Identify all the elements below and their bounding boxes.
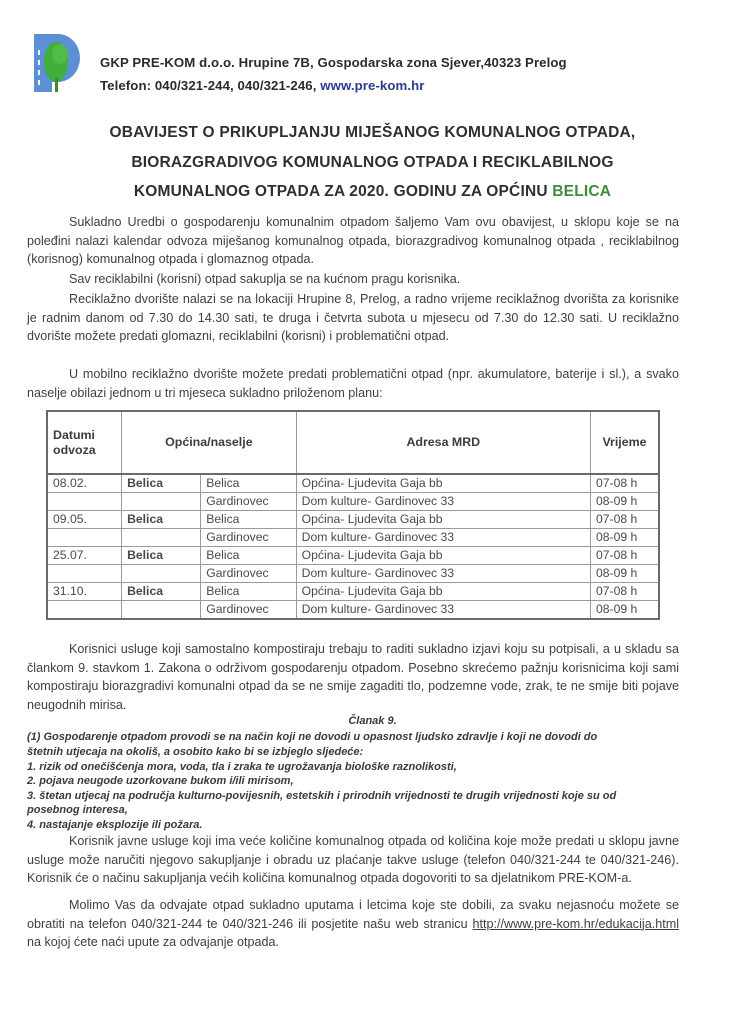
cell-municipality: Belica xyxy=(122,474,201,493)
cell-date xyxy=(47,529,122,547)
law-article-heading: Članak 9. xyxy=(0,715,745,727)
paragraph-recycling-yard: Reciklažno dvorište nalazi se na lokacij… xyxy=(27,290,679,346)
cell-settlement: Belica xyxy=(201,547,296,565)
cell-date: 31.10. xyxy=(47,583,122,601)
cell-address: Dom kulture- Gardinovec 33 xyxy=(296,529,590,547)
cell-time: 07-08 h xyxy=(590,547,659,565)
cell-address: Dom kulture- Gardinovec 33 xyxy=(296,601,590,620)
company-phones: Telefon: 040/321-244, 040/321-246, xyxy=(100,78,320,93)
paragraph-mobile-yard: U mobilno reciklažno dvorište možete pre… xyxy=(27,365,679,402)
law-line: 4. nastajanje eksplozije ili požara. xyxy=(27,818,687,833)
cell-date: 08.02. xyxy=(47,474,122,493)
notice-title-line-1: OBAVIJEST O PRIKUPLJANJU MIJEŠANOG KOMUN… xyxy=(0,124,745,142)
cell-address: Dom kulture- Gardinovec 33 xyxy=(296,493,590,511)
law-line: (1) Gospodarenje otpadom provodi se na n… xyxy=(27,730,687,745)
paragraph-composting: Korisnici usluge koji samostalno kompost… xyxy=(27,640,679,714)
cell-settlement: Belica xyxy=(201,474,296,493)
table-row: 25.07.BelicaBelicaOpćina- Ljudevita Gaja… xyxy=(47,547,659,565)
cell-time: 08-09 h xyxy=(590,565,659,583)
cell-time: 07-08 h xyxy=(590,511,659,529)
cell-time: 07-08 h xyxy=(590,583,659,601)
cell-settlement: Belica xyxy=(201,583,296,601)
paragraph-recycling-yard-text: Reciklažno dvorište nalazi se na lokacij… xyxy=(27,292,679,343)
cell-municipality xyxy=(122,529,201,547)
paragraph-large-quantities-text: Korisnik javne usluge koji ima veće koli… xyxy=(27,834,679,885)
title-prefix: KOMUNALNOG OTPADA ZA 2020. GODINU ZA OPĆ… xyxy=(134,183,552,200)
cell-municipality: Belica xyxy=(122,583,201,601)
education-page-link[interactable]: http://www.pre-kom.hr/edukacija.html xyxy=(473,917,679,931)
header-municipality: Općina/naselje xyxy=(122,411,297,474)
cell-municipality xyxy=(122,493,201,511)
company-website-link[interactable]: www.pre-kom.hr xyxy=(320,78,424,93)
law-line: posebnog interesa, xyxy=(27,803,687,818)
cell-address: Općina- Ljudevita Gaja bb xyxy=(296,511,590,529)
cell-settlement: Gardinovec xyxy=(201,601,296,620)
cell-date: 09.05. xyxy=(47,511,122,529)
cell-address: Općina- Ljudevita Gaja bb xyxy=(296,547,590,565)
cell-date: 25.07. xyxy=(47,547,122,565)
cell-date xyxy=(47,493,122,511)
paragraph-mobile-yard-text: U mobilno reciklažno dvorište možete pre… xyxy=(27,367,679,400)
cell-settlement: Gardinovec xyxy=(201,565,296,583)
header-date: Datumi odvoza xyxy=(47,411,122,474)
table-row: GardinovecDom kulture- Gardinovec 3308-0… xyxy=(47,565,659,583)
cell-settlement: Gardinovec xyxy=(201,493,296,511)
paragraph-recyclables: Sav reciklabilni (korisni) otpad sakuplj… xyxy=(27,270,679,289)
company-logo-icon xyxy=(30,32,90,94)
law-line: 1. rizik od onečišćenja mora, voda, tla … xyxy=(27,760,687,775)
cell-settlement: Gardinovec xyxy=(201,529,296,547)
cell-municipality xyxy=(122,601,201,620)
paragraph-intro: Sukladno Uredbi o gospodarenju komunalni… xyxy=(27,213,679,269)
paragraph-contact-suffix: na kojoj ćete naći upute za odvajanje ot… xyxy=(27,935,279,949)
law-line: 3. štetan utjecaj na područja kulturno-p… xyxy=(27,789,687,804)
cell-time: 08-09 h xyxy=(590,601,659,620)
cell-address: Dom kulture- Gardinovec 33 xyxy=(296,565,590,583)
cell-municipality: Belica xyxy=(122,547,201,565)
header-time: Vrijeme xyxy=(590,411,659,474)
table-row: GardinovecDom kulture- Gardinovec 3308-0… xyxy=(47,529,659,547)
law-line: 2. pojava neugode uzorkovane bukom i/ili… xyxy=(27,774,687,789)
cell-time: 07-08 h xyxy=(590,474,659,493)
table-row: GardinovecDom kulture- Gardinovec 3308-0… xyxy=(47,601,659,620)
paragraph-contact: Molimo Vas da odvajate otpad sukladno up… xyxy=(27,896,679,952)
law-line: štetnih utjecaja na okoliš, a osobito ka… xyxy=(27,745,687,760)
paragraph-intro-text: Sukladno Uredbi o gospodarenju komunalni… xyxy=(27,215,679,266)
table-row: 31.10.BelicaBelicaOpćina- Ljudevita Gaja… xyxy=(47,583,659,601)
paragraph-composting-text: Korisnici usluge koji samostalno kompost… xyxy=(27,642,679,712)
cell-date xyxy=(47,601,122,620)
company-address: GKP PRE-KOM d.o.o. Hrupine 7B, Gospodars… xyxy=(100,55,567,70)
table-row: 08.02.BelicaBelicaOpćina- Ljudevita Gaja… xyxy=(47,474,659,493)
cell-municipality: Belica xyxy=(122,511,201,529)
cell-address: Općina- Ljudevita Gaja bb xyxy=(296,474,590,493)
cell-time: 08-09 h xyxy=(590,493,659,511)
cell-municipality xyxy=(122,565,201,583)
cell-address: Općina- Ljudevita Gaja bb xyxy=(296,583,590,601)
cell-settlement: Belica xyxy=(201,511,296,529)
mobile-yard-schedule-table: Datumi odvoza Općina/naselje Adresa MRD … xyxy=(46,410,660,620)
table-row: 09.05.BelicaBelicaOpćina- Ljudevita Gaja… xyxy=(47,511,659,529)
table-header-row: Datumi odvoza Općina/naselje Adresa MRD … xyxy=(47,411,659,474)
header-address: Adresa MRD xyxy=(296,411,590,474)
paragraph-large-quantities: Korisnik javne usluge koji ima veće koli… xyxy=(27,832,679,888)
table-row: GardinovecDom kulture- Gardinovec 3308-0… xyxy=(47,493,659,511)
municipality-name: BELICA xyxy=(552,183,611,200)
cell-date xyxy=(47,565,122,583)
cell-time: 08-09 h xyxy=(590,529,659,547)
notice-title-line-3: KOMUNALNOG OTPADA ZA 2020. GODINU ZA OPĆ… xyxy=(0,183,745,201)
paragraph-recyclables-text: Sav reciklabilni (korisni) otpad sakuplj… xyxy=(69,272,460,286)
notice-title-line-2: BIORAZGRADIVOG KOMUNALNOG OTPADA I RECIK… xyxy=(0,154,745,172)
company-contact: Telefon: 040/321-244, 040/321-246, www.p… xyxy=(100,78,424,93)
